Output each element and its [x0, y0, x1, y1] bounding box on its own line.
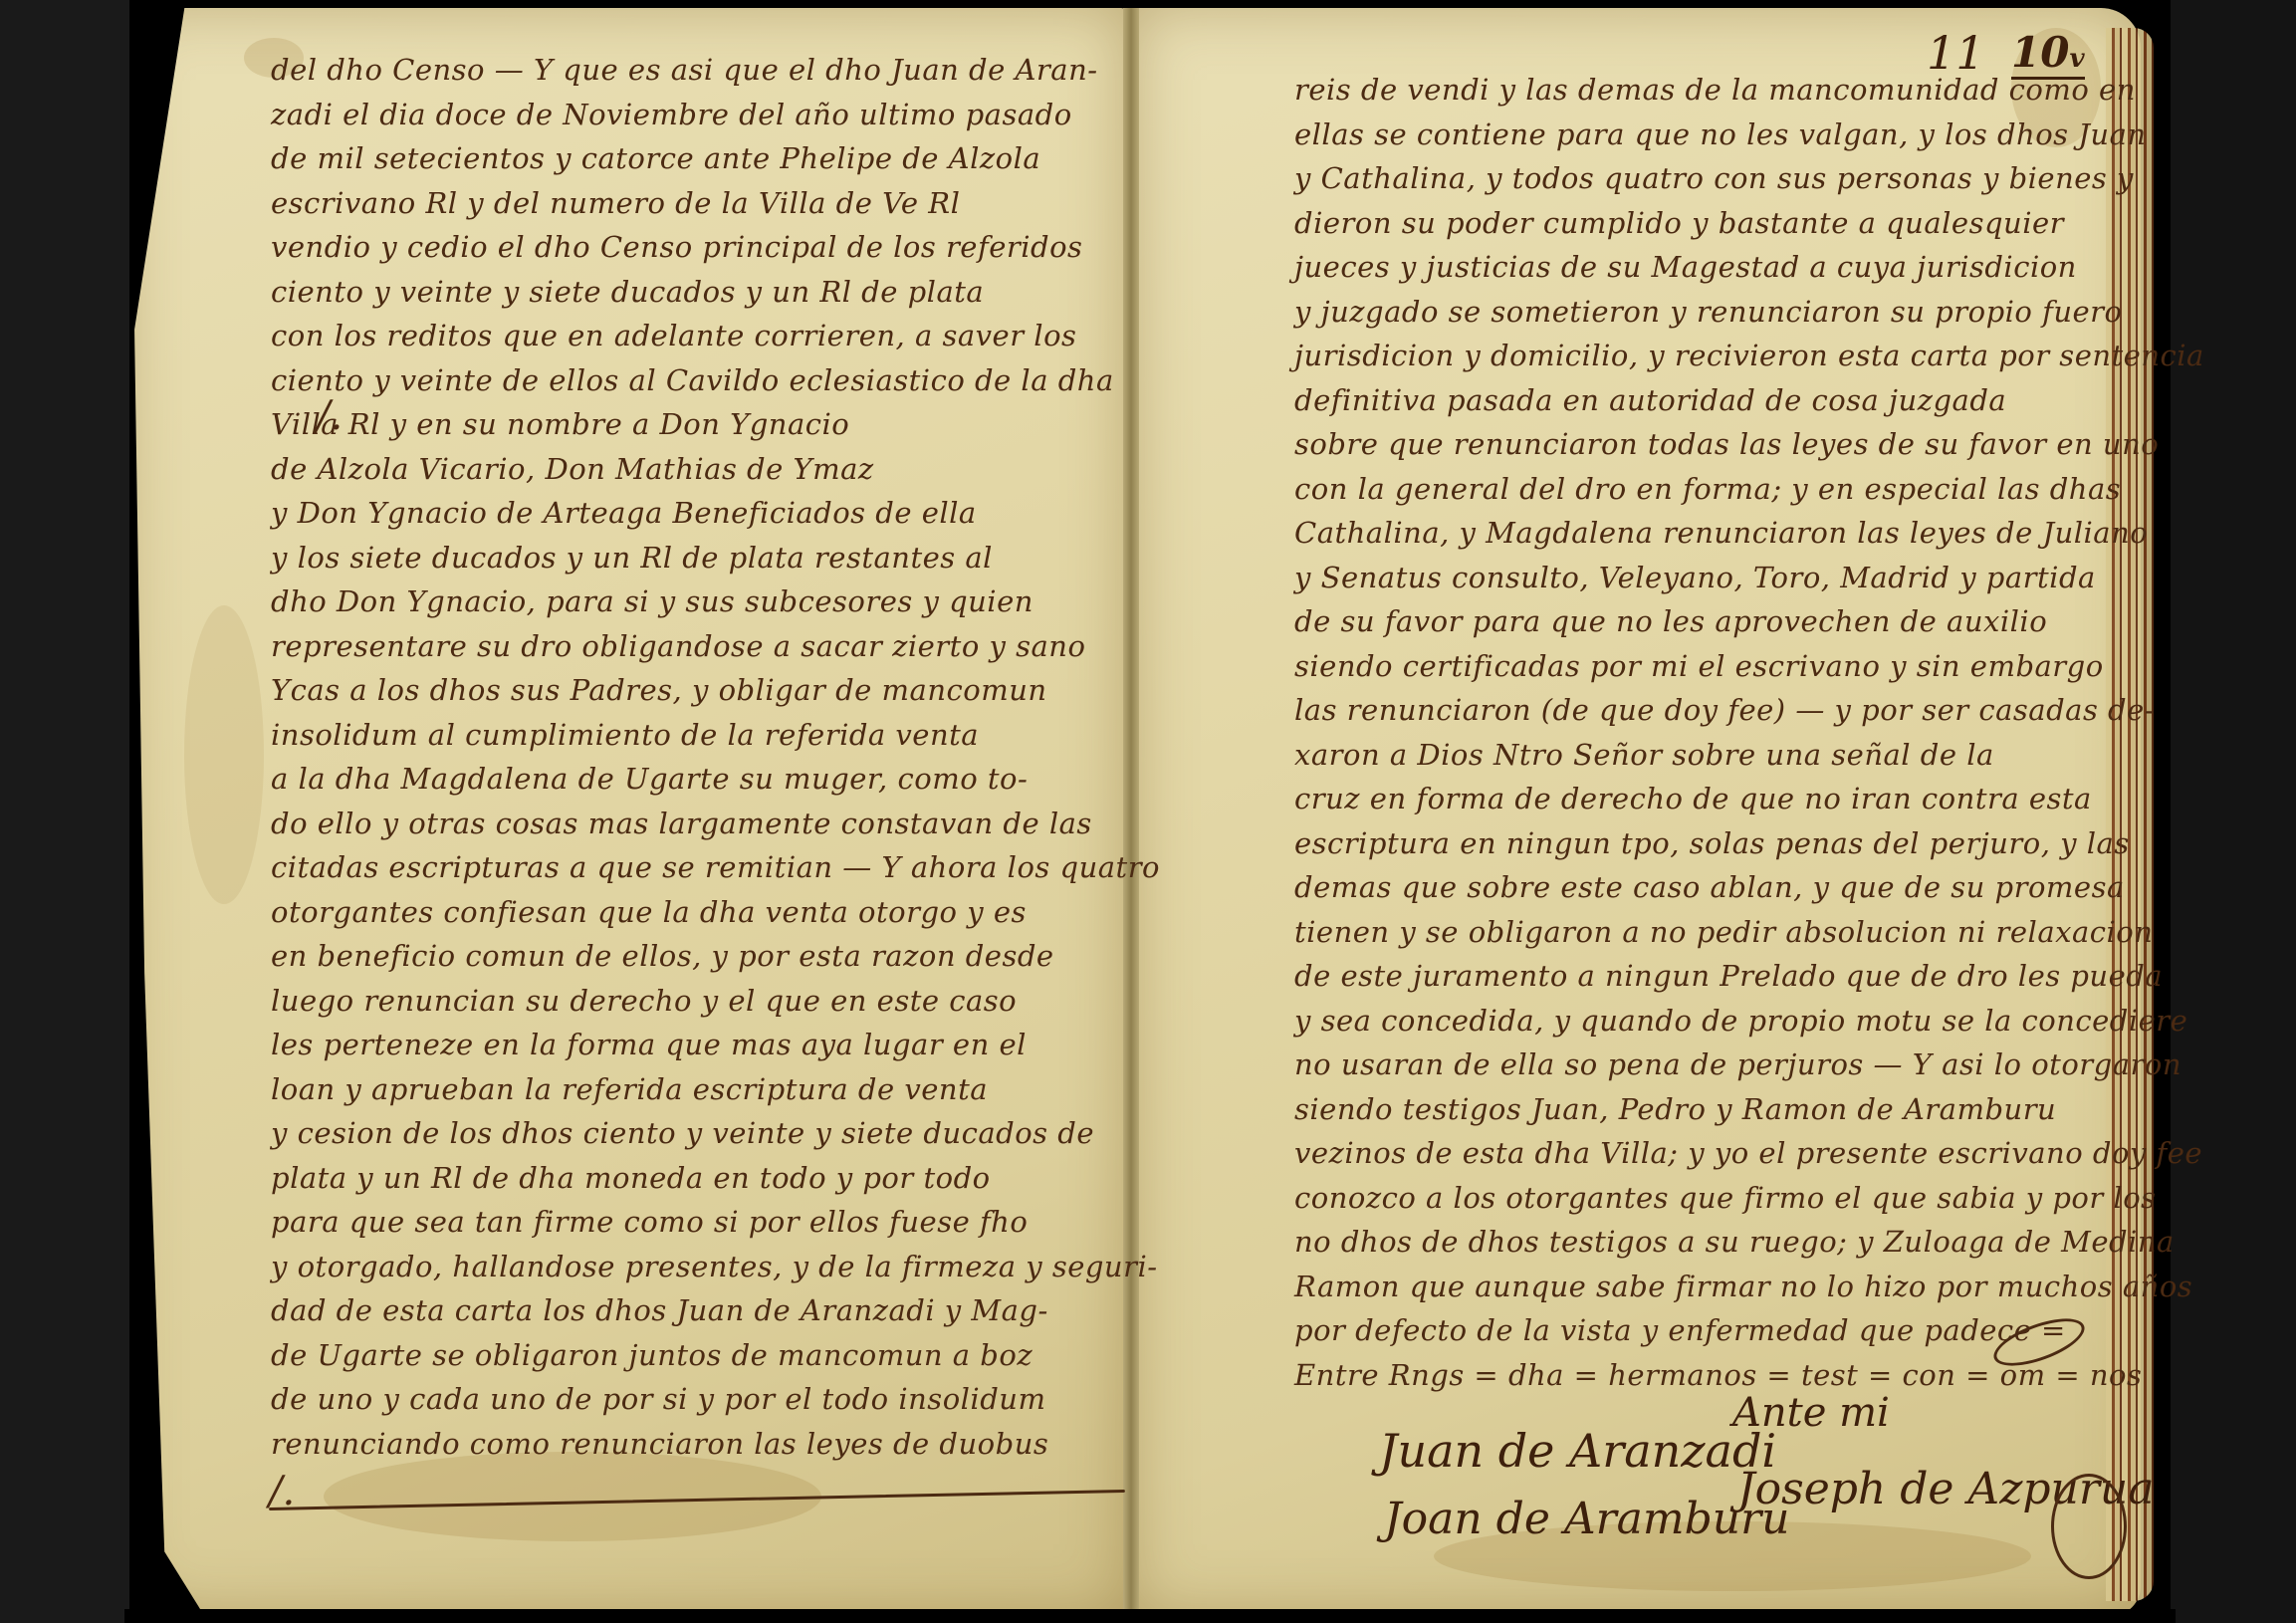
- text-line: de Ugarte se obligaron juntos de mancomu…: [271, 1333, 1160, 1378]
- text-line: siendo certificadas por mi el escrivano …: [1294, 644, 2204, 689]
- text-line: insolidum al cumplimiento de la referida…: [271, 713, 1160, 758]
- text-line: del dho Censo — Y que es asi que el dho …: [271, 48, 1160, 93]
- text-line: zadi el dia doce de Noviembre del año ul…: [271, 93, 1160, 137]
- text-line: y Don Ygnacio de Arteaga Beneficiados de…: [271, 491, 1160, 536]
- right-page-text: reis de vendi y las demas de la mancomun…: [1294, 68, 2204, 1397]
- notary-rubric-flourish: [2051, 1474, 2127, 1579]
- text-line: demas que sobre este caso ablan, y que d…: [1294, 865, 2204, 910]
- text-line: ciento y veinte y siete ducados y un Rl …: [271, 270, 1160, 315]
- text-line: reis de vendi y las demas de la mancomun…: [1294, 68, 2204, 113]
- text-line: Ycas a los dhos sus Padres, y obligar de…: [271, 668, 1160, 713]
- text-line: sobre que renunciaron todas las leyes de…: [1294, 422, 2204, 467]
- text-line: xaron a Dios Ntro Señor sobre una señal …: [1294, 733, 2204, 778]
- scan-background-left: [0, 0, 129, 1623]
- text-line: luego renuncian su derecho y el que en e…: [271, 979, 1160, 1024]
- notary-ante-mi: Ante mi: [1732, 1390, 1890, 1436]
- text-line: do ello y otras cosas mas largamente con…: [271, 802, 1160, 846]
- text-line: y Cathalina, y todos quatro con sus pers…: [1294, 156, 2204, 201]
- text-line: vezinos de esta dha Villa; y yo el prese…: [1294, 1131, 2204, 1176]
- text-line: y los siete ducados y un Rl de plata res…: [271, 536, 1160, 580]
- signature-juan-de-aranzadi: Juan de Aranzadi: [1379, 1424, 1776, 1478]
- text-line: otorgantes confiesan que la dha venta ot…: [271, 890, 1160, 935]
- text-line: y juzgado se sometieron y renunciaron su…: [1294, 290, 2204, 335]
- text-line: vendio y cedio el dho Censo principal de…: [271, 225, 1160, 270]
- text-line: definitiva pasada en autoridad de cosa j…: [1294, 378, 2204, 423]
- text-line: en beneficio comun de ellos, y por esta …: [271, 934, 1160, 979]
- text-line: para que sea tan firme como si por ellos…: [271, 1200, 1160, 1245]
- text-line: las renunciaron (de que doy fee) — y por…: [1294, 688, 2204, 733]
- text-line: citadas escripturas a que se remitian — …: [271, 845, 1160, 890]
- text-line: de su favor para que no les aprovechen d…: [1294, 599, 2204, 644]
- text-line: y otorgado, hallandose presentes, y de l…: [271, 1245, 1160, 1289]
- text-line: plata y un Rl de dha moneda en todo y po…: [271, 1156, 1160, 1201]
- text-line: no usaran de ella so pena de perjuros — …: [1294, 1043, 2204, 1087]
- text-line: con la general del dro en forma; y en es…: [1294, 467, 2204, 512]
- signature-joan-de-aramburu: Joan de Aramburu: [1384, 1494, 1790, 1544]
- text-line: dad de esta carta los dhos Juan de Aranz…: [271, 1288, 1160, 1333]
- text-line: escriptura en ningun tpo, solas penas de…: [1294, 821, 2204, 866]
- text-line: de Alzola Vicario, Don Mathias de Ymaz: [271, 447, 1160, 492]
- text-line: y sea concedida, y quando de propio motu…: [1294, 999, 2204, 1043]
- text-line: jurisdicion y domicilio, y recivieron es…: [1294, 334, 2204, 378]
- text-line: dieron su poder cumplido y bastante a qu…: [1294, 201, 2204, 246]
- text-line: Ramon que aunque sabe firmar no lo hizo …: [1294, 1265, 2204, 1309]
- text-line: Villa Rl y en su nombre a Don Ygnacio: [271, 402, 1160, 447]
- text-line: representare su dro obligandose a sacar …: [271, 624, 1160, 669]
- text-line: de uno y cada uno de por si y por el tod…: [271, 1377, 1160, 1422]
- text-line: tienen y se obligaron a no pedir absoluc…: [1294, 910, 2204, 955]
- text-line: con los reditos que en adelante corriere…: [271, 314, 1160, 358]
- scan-bottom-shadow: [124, 1609, 2176, 1623]
- text-line: y Senatus consulto, Veleyano, Toro, Madr…: [1294, 556, 2204, 600]
- text-line: loan y aprueban la referida escriptura d…: [271, 1067, 1160, 1112]
- text-line: conozco a los otorgantes que firmo el qu…: [1294, 1176, 2204, 1221]
- text-line: siendo testigos Juan, Pedro y Ramon de A…: [1294, 1087, 2204, 1132]
- text-line: les perteneze en la forma que mas aya lu…: [271, 1023, 1160, 1067]
- text-line: ellas se contiene para que no les valgan…: [1294, 113, 2204, 157]
- text-line: y cesion de los dhos ciento y veinte y s…: [271, 1111, 1160, 1156]
- left-page-text: del dho Censo — Y que es asi que el dho …: [271, 48, 1160, 1466]
- text-line: de mil setecientos y catorce ante Phelip…: [271, 136, 1160, 181]
- text-line: de este juramento a ningun Prelado que d…: [1294, 954, 2204, 999]
- text-line: dho Don Ygnacio, para si y sus subcesore…: [271, 580, 1160, 624]
- text-line: no dhos de dhos testigos a su ruego; y Z…: [1294, 1220, 2204, 1265]
- text-line: escrivano Rl y del numero de la Villa de…: [271, 181, 1160, 226]
- text-line: cruz en forma de derecho de que no iran …: [1294, 777, 2204, 821]
- text-line: ciento y veinte de ellos al Cavildo ecle…: [271, 358, 1160, 403]
- text-line: renunciando como renunciaron las leyes d…: [271, 1422, 1160, 1467]
- text-line: a la dha Magdalena de Ugarte su muger, c…: [271, 757, 1160, 802]
- text-line: jueces y justicias de su Magestad a cuya…: [1294, 245, 2204, 290]
- text-line: Cathalina, y Magdalena renunciaron las l…: [1294, 511, 2204, 556]
